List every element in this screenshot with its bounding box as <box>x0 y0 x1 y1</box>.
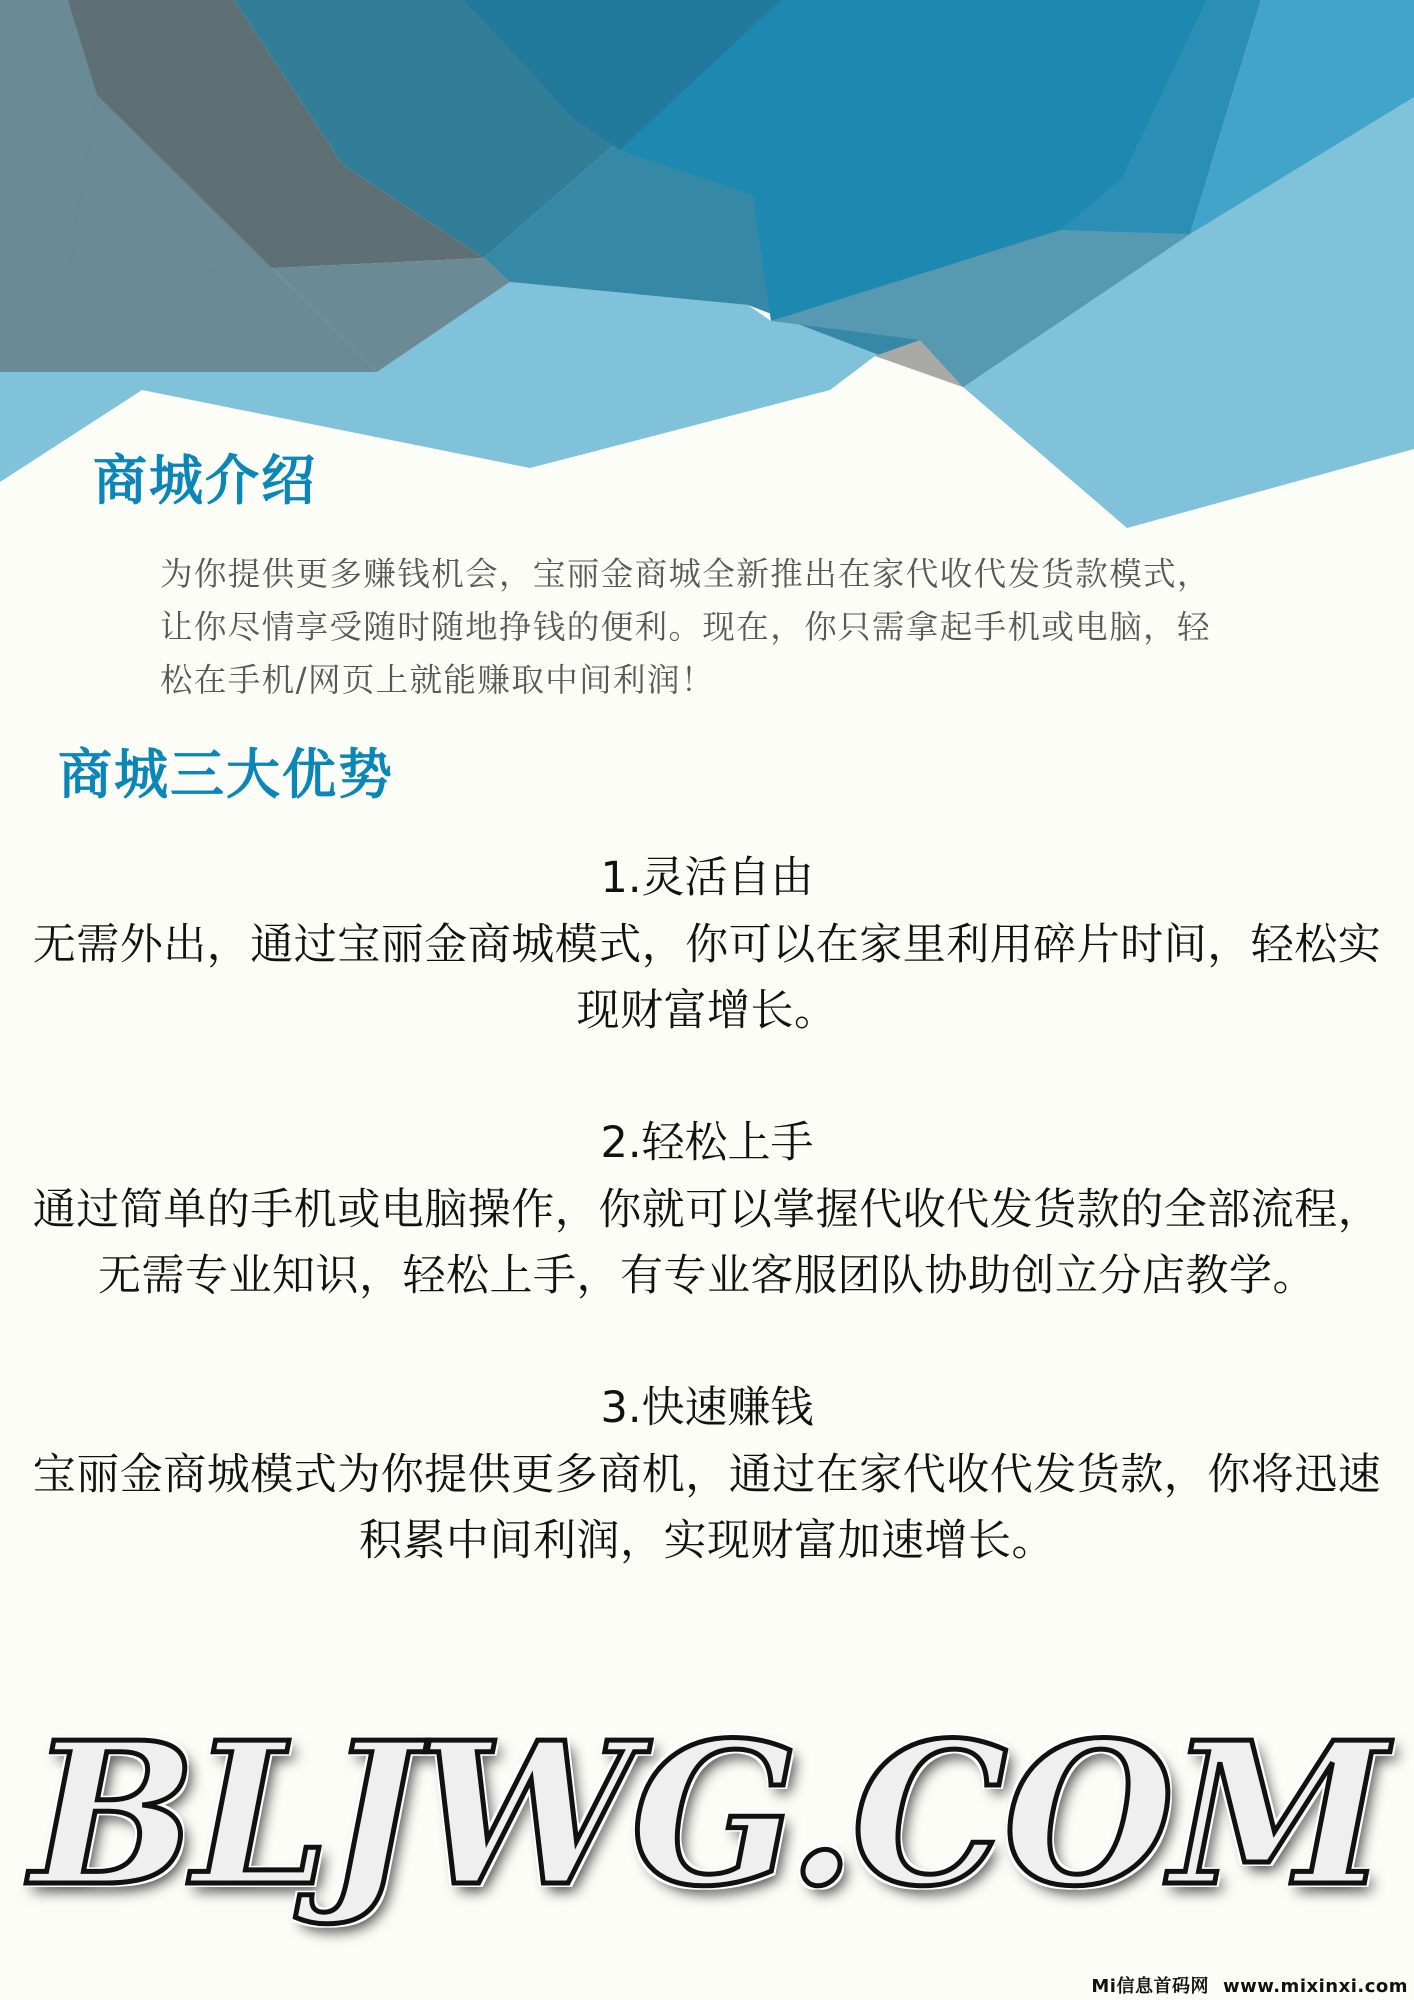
advantage-title: 2.轻松上手 <box>0 1110 1414 1177</box>
intro-paragraph: 为你提供更多赚钱机会，宝丽金商城全新推出在家代收代发货款模式，让你尽情享受随时随… <box>160 548 1240 707</box>
advantage-title: 3.快速赚钱 <box>0 1375 1414 1442</box>
site-logo-text: BLJWG.COM <box>0 1700 1414 1930</box>
advantages-heading: 商城三大优势 <box>58 742 394 808</box>
advantage-title: 1.灵活自由 <box>0 845 1414 912</box>
intro-heading: 商城介绍 <box>93 448 317 514</box>
advantage-body: 无需外出，通过宝丽金商城模式，你可以在家里利用碎片时间，轻松实现财富增长。 <box>0 912 1414 1044</box>
advantage-item: 1.灵活自由 无需外出，通过宝丽金商城模式，你可以在家里利用碎片时间，轻松实现财… <box>0 845 1414 1044</box>
watermark: Mi信息首码网www.mixinxi.com <box>1091 1972 1408 1998</box>
advantages-list: 1.灵活自由 无需外出，通过宝丽金商城模式，你可以在家里利用碎片时间，轻松实现财… <box>0 845 1414 1574</box>
watermark-name: Mi信息首码网 <box>1091 1976 1209 1997</box>
advantage-body: 宝丽金商城模式为你提供更多商机，通过在家代收代发货款，你将迅速积累中间利润，实现… <box>0 1442 1414 1574</box>
advantage-item: 2.轻松上手 通过简单的手机或电脑操作，你就可以掌握代收代发货款的全部流程，无需… <box>0 1110 1414 1309</box>
watermark-url: www.mixinxi.com <box>1223 1976 1408 1997</box>
advantage-body: 通过简单的手机或电脑操作，你就可以掌握代收代发货款的全部流程，无需专业知识，轻松… <box>0 1177 1414 1309</box>
advantage-item: 3.快速赚钱 宝丽金商城模式为你提供更多商机，通过在家代收代发货款，你将迅速积累… <box>0 1375 1414 1574</box>
